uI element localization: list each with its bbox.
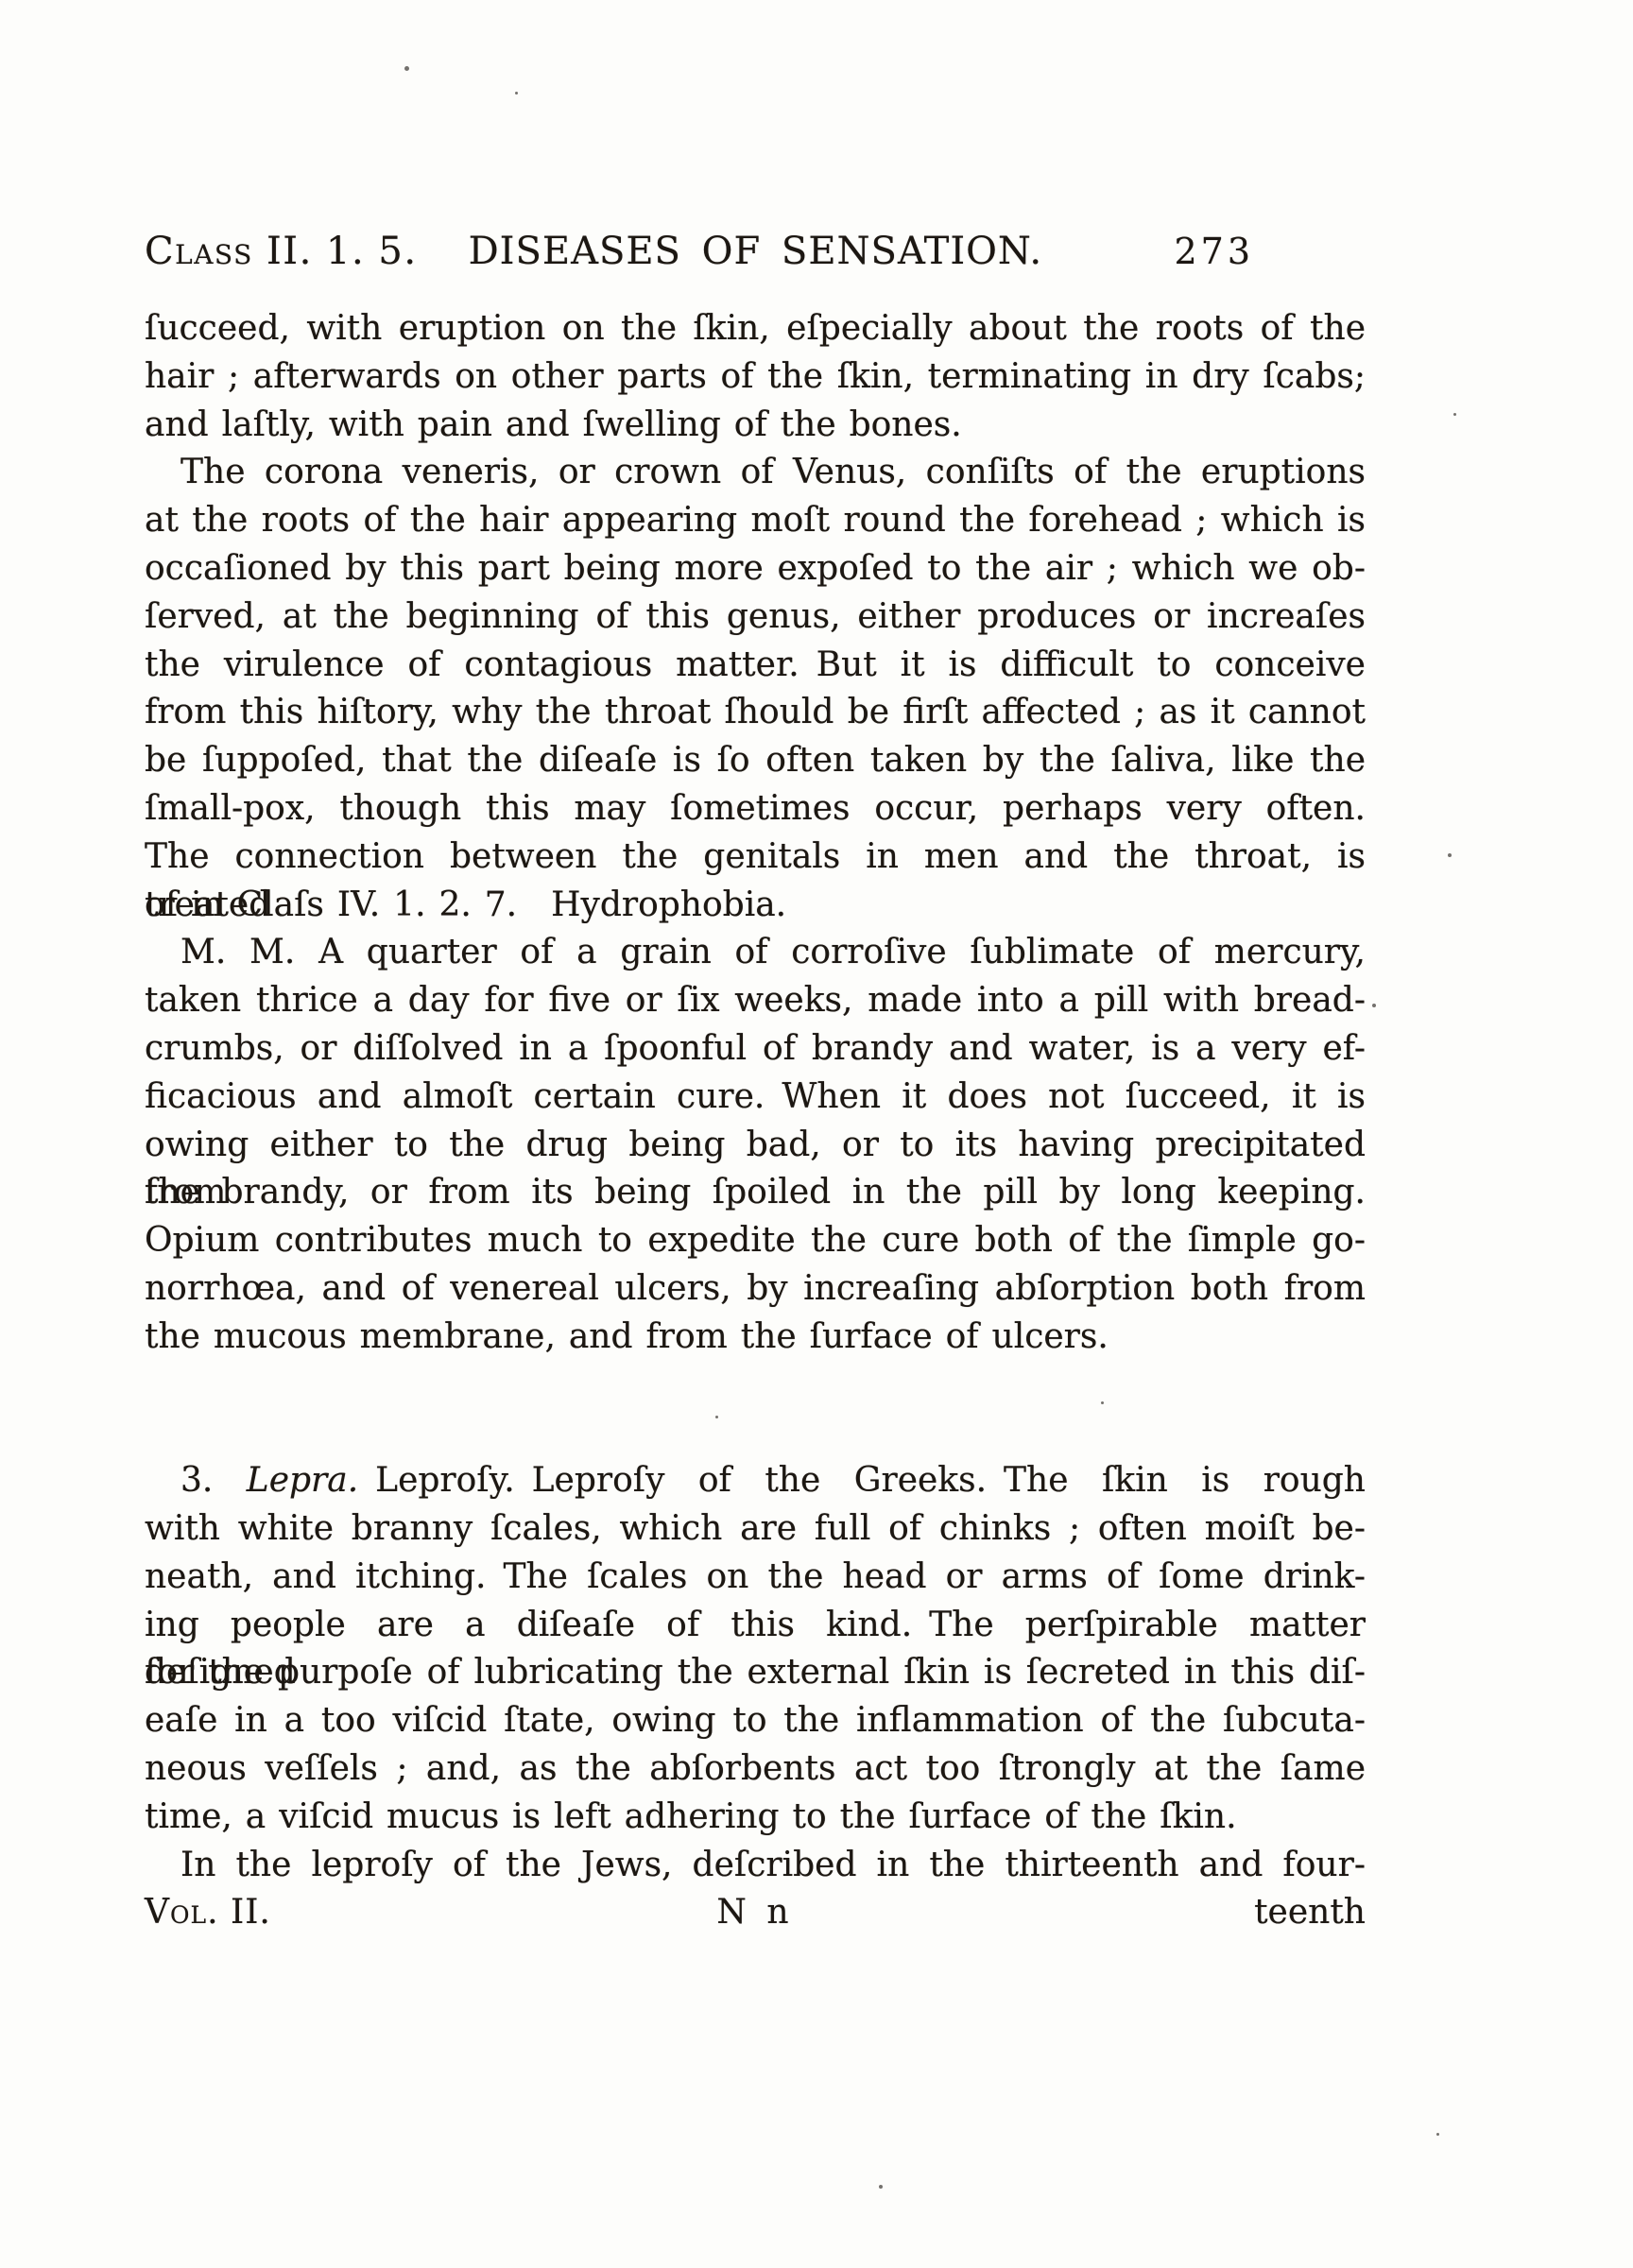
text-line: be ſuppoſed, that the diſeaſe is ſo ofte… — [145, 737, 1366, 785]
running-class-label: Class II. 1. 5. — [145, 230, 418, 273]
text-line: for the purpoſe of lubricating the exter… — [145, 1649, 1366, 1697]
text-line: time, a viſcid mucus is left adhering to… — [145, 1794, 1366, 1842]
text-line: hair ; afterwards on other parts of the … — [145, 353, 1366, 402]
text-line: ſerved, at the beginning of this genus, … — [145, 593, 1366, 642]
text-line: with white branny ſcales, which are full… — [145, 1505, 1366, 1554]
page-header: Class II. 1. 5. DISEASES OF SENSATION. 2… — [145, 230, 1366, 277]
catchword: teenth — [1063, 1889, 1366, 1937]
text-line: neath, and itching. The ſcales on the he… — [145, 1554, 1366, 1602]
text-line: ficacious and almoſt certain cure. When … — [145, 1074, 1366, 1122]
text-line: crumbs, or diſſolved in a ſpoonful of br… — [145, 1025, 1366, 1074]
text-line: ſmall-pox, though this may ſometimes occ… — [145, 785, 1366, 833]
text-line: from this hiſtory, why the throat ſhould… — [145, 689, 1366, 737]
text-line: at the roots of the hair appearing moſt … — [145, 497, 1366, 545]
scan-speck — [1372, 1004, 1376, 1007]
text-line: M. M. A quarter of a grain of corroſive … — [145, 929, 1366, 977]
text-line: norrhœa, and of venereal ulcers, by incr… — [145, 1265, 1366, 1314]
section-gap — [145, 1362, 1366, 1458]
text-line: neous veſſels ; and, as the abſorbents a… — [145, 1745, 1366, 1794]
scan-speck — [1448, 853, 1452, 857]
scan-speck — [879, 2185, 883, 2189]
page-footer: Vol. II. N n teenth — [145, 1889, 1366, 1937]
body-text: ſucceed, with eruption on the ſkin, eſpe… — [145, 305, 1366, 1937]
section-lepra-first-line: 3. Lepra. Leproſy. Leproſy of the Greeks… — [145, 1457, 1366, 1505]
text-line: The corona veneris, or crown of Venus, c… — [145, 449, 1366, 497]
text-block: Class II. 1. 5. DISEASES OF SENSATION. 2… — [145, 230, 1366, 1937]
text-line: the brandy, or from its being ſpoiled in… — [145, 1169, 1366, 1217]
scanned-book-page: Class II. 1. 5. DISEASES OF SENSATION. 2… — [0, 0, 1633, 2268]
scan-speck — [404, 66, 409, 71]
text-line: ſucceed, with eruption on the ſkin, eſpe… — [145, 305, 1366, 353]
text-line: ing people are a diſeaſe of this kind. T… — [145, 1602, 1366, 1650]
text-line: Opium contributes much to expedite the c… — [145, 1217, 1366, 1265]
text-line: The connection between the genitals in m… — [145, 833, 1366, 882]
text-line: the mucous membrane, and from the ſurfac… — [145, 1314, 1366, 1362]
text-line: occaſioned by this part being more expoſ… — [145, 545, 1366, 593]
section-line-rest: Leproſy. Leproſy of the Greeks. The ſkin… — [358, 1461, 1366, 1500]
text-line: and laſtly, with pain and ſwelling of th… — [145, 402, 1366, 450]
scan-speck — [515, 92, 518, 94]
section-latin-name: Lepra. — [247, 1461, 358, 1500]
volume-label: Vol. II. — [145, 1889, 447, 1937]
scan-speck — [1101, 1401, 1104, 1404]
text-line: owing either to the drug being bad, or t… — [145, 1122, 1366, 1170]
printer-signature: N n — [447, 1889, 1063, 1937]
running-title: DISEASES OF SENSATION. — [469, 230, 1042, 273]
section-number: 3. — [180, 1461, 247, 1500]
scan-speck — [715, 1416, 718, 1418]
page-number: 273 — [1174, 231, 1254, 272]
text-line: eaſe in a too viſcid ſtate, owing to the… — [145, 1697, 1366, 1745]
scan-speck — [1436, 2133, 1439, 2136]
text-line: taken thrice a day for five or ſix weeks… — [145, 977, 1366, 1025]
scan-speck — [1453, 413, 1456, 416]
text-line: In the leproſy of the Jews, deſcribed in… — [145, 1842, 1366, 1890]
text-line: the virulence of contagious matter. But … — [145, 642, 1366, 690]
text-line: of in Claſs IV. 1. 2. 7. Hydrophobia. — [145, 882, 1366, 930]
